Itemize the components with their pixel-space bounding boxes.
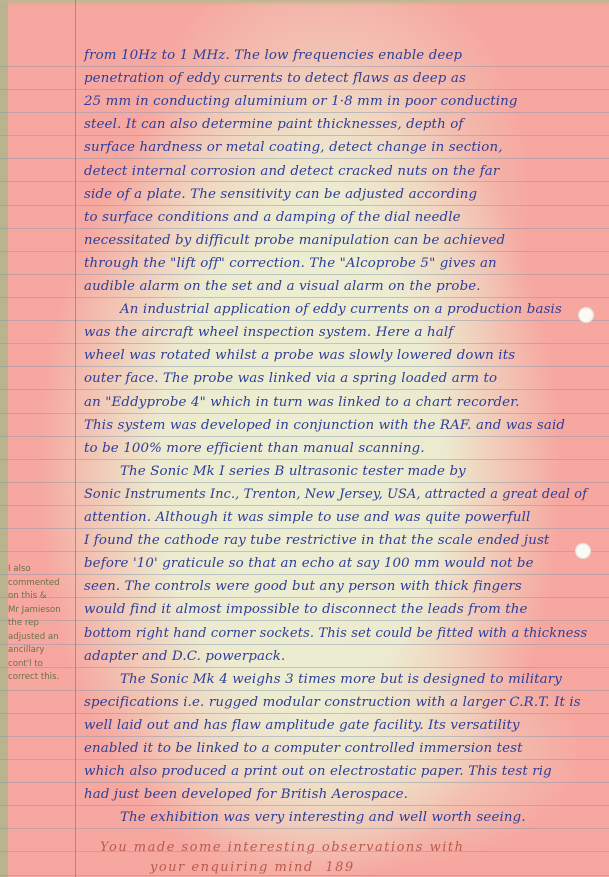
margin-note-line: adjusted an bbox=[8, 631, 74, 645]
text-line: before '10' graticule so that an echo at… bbox=[84, 552, 587, 576]
text-line: audible alarm on the set and a visual al… bbox=[84, 275, 587, 299]
text-line: from 10Hz to 1 MHz. The low frequencies … bbox=[84, 44, 587, 68]
teacher-mark: 189 bbox=[325, 860, 354, 875]
margin-annotation: I alsocommentedon this &Mr Jamiesonthe r… bbox=[8, 563, 74, 685]
margin-note-line: on this & bbox=[8, 590, 74, 604]
text-line: 25 mm in conducting aluminium or 1·8 mm … bbox=[84, 90, 587, 114]
text-line: bottom right hand corner sockets. This s… bbox=[84, 622, 574, 646]
text-line: surface hardness or metal coating, detec… bbox=[84, 136, 587, 160]
text-line: I found the cathode ray tube restrictive… bbox=[84, 529, 587, 553]
margin-note-line: cont'l to bbox=[8, 658, 74, 672]
margin-note-line: the rep bbox=[8, 617, 74, 631]
text-line: which also produced a print out on elect… bbox=[84, 760, 587, 784]
text-line: wheel was rotated whilst a probe was slo… bbox=[84, 344, 587, 368]
text-line: was the aircraft wheel inspection system… bbox=[84, 321, 587, 345]
margin-note-line: Mr Jamieson bbox=[8, 604, 74, 618]
scan-edge-top bbox=[0, 0, 609, 6]
text-line: penetration of eddy currents to detect f… bbox=[84, 67, 587, 91]
text-line: to surface conditions and a damping of t… bbox=[84, 206, 587, 230]
text-line: An industrial application of eddy curren… bbox=[120, 298, 587, 322]
text-line: Sonic Instruments Inc., Trenton, New Jer… bbox=[84, 483, 568, 507]
text-line: seen. The controls were good but any per… bbox=[84, 575, 587, 599]
teacher-comment-text: your enquiring mind bbox=[150, 860, 314, 875]
text-line: an "Eddyprobe 4" which in turn was linke… bbox=[84, 391, 587, 415]
text-line: steel. It can also determine paint thick… bbox=[84, 113, 587, 137]
text-line: This system was developed in conjunction… bbox=[84, 414, 587, 438]
text-line: necessitated by difficult probe manipula… bbox=[84, 229, 587, 253]
text-line: would find it almost impossible to disco… bbox=[84, 598, 587, 622]
text-line: enabled it to be linked to a computer co… bbox=[84, 737, 587, 761]
text-line: The exhibition was very interesting and … bbox=[120, 806, 587, 830]
text-line: detect internal corrosion and detect cra… bbox=[84, 160, 587, 184]
text-line: to be 100% more efficient than manual sc… bbox=[84, 437, 587, 461]
margin-note-line: commented bbox=[8, 577, 74, 591]
margin-rule bbox=[75, 0, 76, 877]
scan-edge-left bbox=[0, 0, 8, 877]
text-line: well laid out and has flaw amplitude gat… bbox=[84, 714, 587, 738]
text-line: had just been developed for British Aero… bbox=[84, 783, 587, 807]
text-line: The Sonic Mk 4 weighs 3 times more but i… bbox=[120, 668, 587, 692]
text-line: adapter and D.C. powerpack. bbox=[84, 645, 587, 669]
notebook-page: from 10Hz to 1 MHz. The low frequencies … bbox=[0, 0, 609, 877]
margin-note-line: ancillary bbox=[8, 644, 74, 658]
text-line: side of a plate. The sensitivity can be … bbox=[84, 183, 587, 207]
margin-note-line: correct this. bbox=[8, 671, 74, 685]
teacher-comment-line1: You made some interesting observations w… bbox=[100, 840, 464, 855]
margin-note-line: I also bbox=[8, 563, 74, 577]
text-line: attention. Although it was simple to use… bbox=[84, 506, 587, 530]
text-line: outer face. The probe was linked via a s… bbox=[84, 367, 587, 391]
text-line: The Sonic Mk I series B ultrasonic teste… bbox=[120, 460, 587, 484]
ruled-line bbox=[0, 875, 609, 876]
text-line: through the "lift off" correction. The "… bbox=[84, 252, 587, 276]
text-line: specifications i.e. rugged modular const… bbox=[84, 691, 587, 715]
teacher-comment-line2: your enquiring mind 189 bbox=[150, 860, 355, 875]
